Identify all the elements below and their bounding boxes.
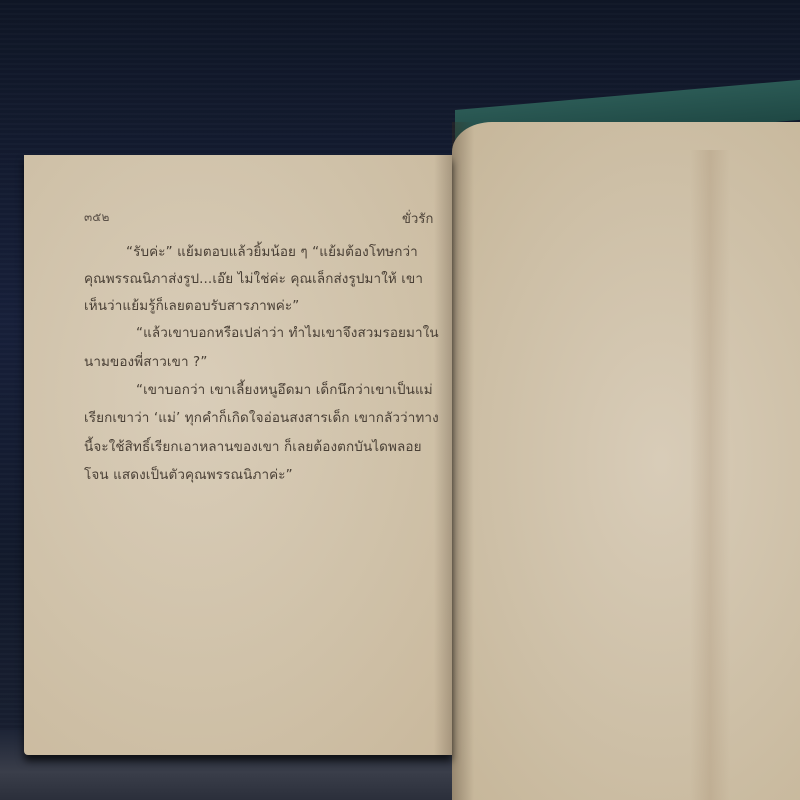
text-line: เรียกเขาว่า ‘แม่’ ทุกคำก็เกิดใจอ่อนสงสาร… bbox=[84, 406, 439, 428]
text-line: โจน แสดงเป็นตัวคุณพรรณนิภาค่ะ” bbox=[84, 463, 293, 485]
text-line: “แล้วเขาบอกหรือเปล่าว่า ทำไมเขาจึงสวมรอย… bbox=[136, 321, 439, 343]
text-line: นามของพี่สาวเขา ?” bbox=[84, 350, 207, 372]
right-page bbox=[452, 122, 800, 800]
text-line: “รับค่ะ” แย้มตอบแล้วยิ้มน้อย ๆ “แย้มต้อง… bbox=[126, 240, 418, 262]
page-stain bbox=[690, 150, 730, 800]
page-number: ๓๕๒ bbox=[84, 208, 110, 227]
text-line: นี้จะใช้สิทธิ์เรียกเอาหลานของเขา ก็เลยต้… bbox=[84, 435, 422, 457]
text-line: คุณพรรณนิภาส่งรูป...เอ๊ย ไม่ใช่ค่ะ คุณเล… bbox=[84, 267, 423, 289]
running-head: ขั่วรัก bbox=[402, 208, 433, 229]
text-line: “เขาบอกว่า เขาเลี้ยงหนูอึดมา เด็กนึกว่าเ… bbox=[136, 378, 433, 400]
text-line: เห็นว่าแย้มรู้ก็เลยตอบรับสารภาพค่ะ” bbox=[84, 294, 299, 316]
